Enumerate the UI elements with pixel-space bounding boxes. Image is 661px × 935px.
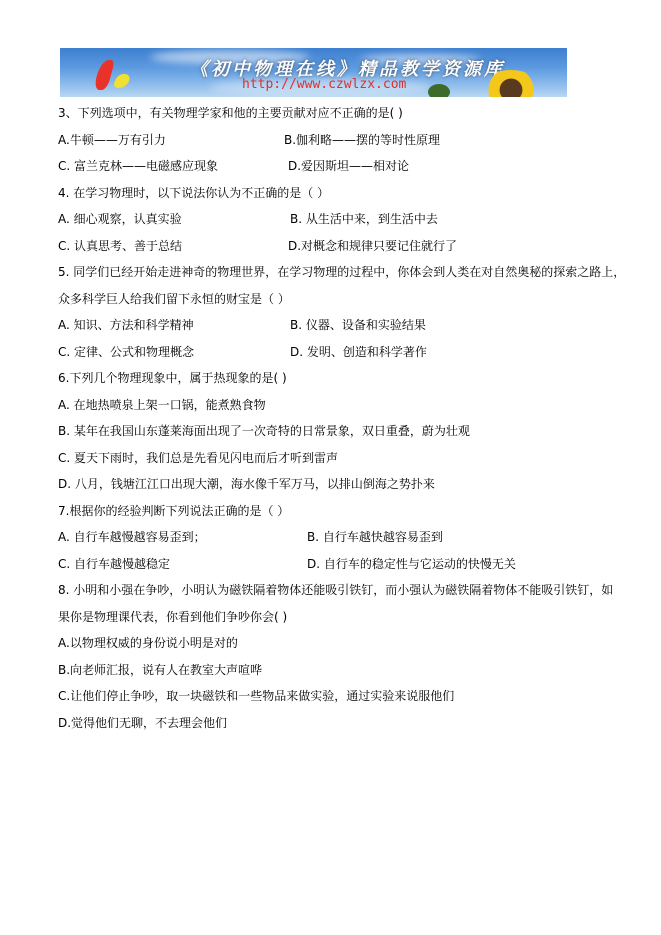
option-d: D.爱因斯坦——相对论	[288, 153, 409, 180]
option-row: C. 富兰克林——电磁感应现象 D.爱因斯坦——相对论	[58, 153, 618, 180]
option-a: A.牛顿——万有引力	[58, 127, 166, 154]
option-c: C. 富兰克林——电磁感应现象	[58, 153, 218, 180]
option-b: B. 自行车越快越容易歪到	[307, 524, 443, 551]
option-row: C. 认真思考、善于总结 D.对概念和规律只要记住就行了	[58, 233, 618, 260]
option-d: D. 自行车的稳定性与它运动的快慢无关	[307, 551, 516, 578]
question-stem: 7.根据你的经验判断下列说法正确的是（ ）	[58, 498, 618, 525]
question-stem: 4. 在学习物理时，以下说法你认为不正确的是（ ）	[58, 180, 618, 207]
logo-icon	[93, 60, 115, 90]
question-stem: 6.下列几个物理现象中，属于热现象的是( )	[58, 365, 618, 392]
option-b: B. 某年在我国山东蓬莱海面出现了一次奇特的日常景象，双日重叠，蔚为壮观	[58, 418, 618, 445]
question-stem: 8. 小明和小强在争吵，小明认为磁铁隔着物体还能吸引铁钉，而小强认为磁铁隔着物体…	[58, 577, 618, 604]
option-d: D. 八月，钱塘江江口出现大潮，海水像千军万马，以排山倒海之势扑来	[58, 471, 618, 498]
option-a: A. 细心观察，认真实验	[58, 206, 182, 233]
option-d: D.觉得他们无聊，不去理会他们	[58, 710, 618, 737]
option-b: B.伽利略——摆的等时性原理	[284, 127, 440, 154]
question-stem-cont: 果你是物理课代表，你看到他们争吵你会( )	[58, 604, 618, 631]
option-b: B.向老师汇报，说有人在教室大声喧哗	[58, 657, 618, 684]
option-row: C. 定律、公式和物理概念 D. 发明、创造和科学著作	[58, 339, 618, 366]
option-row: A. 知识、方法和科学精神 B. 仪器、设备和实验结果	[58, 312, 618, 339]
option-c: C. 自行车越慢越稳定	[58, 551, 170, 578]
option-c: C.让他们停止争吵，取一块磁铁和一些物品来做实验，通过实验来说服他们	[58, 683, 618, 710]
option-c: C. 认真思考、善于总结	[58, 233, 182, 260]
option-row: A. 自行车越慢越容易歪到； B. 自行车越快越容易歪到	[58, 524, 618, 551]
option-c: C. 夏天下雨时，我们总是先看见闪电而后才听到雷声	[58, 445, 618, 472]
option-a: A. 在地热喷泉上架一口锅，能煮熟食物	[58, 392, 618, 419]
question-stem: 5. 同学们已经开始走进神奇的物理世界，在学习物理的过程中，你体会到人类在对自然…	[58, 259, 618, 286]
logo-accent-icon	[112, 74, 133, 88]
option-d: D.对概念和规律只要记住就行了	[288, 233, 457, 260]
option-b: B. 从生活中来，到生活中去	[290, 206, 438, 233]
option-a: A. 自行车越慢越容易歪到；	[58, 524, 206, 551]
leaf-icon	[428, 84, 450, 97]
option-row: A. 细心观察，认真实验 B. 从生活中来，到生活中去	[58, 206, 618, 233]
banner-url: http://www.czwlzx.com	[242, 77, 406, 92]
question-stem: 3、下列选项中，有关物理学家和他的主要贡献对应不正确的是( )	[58, 100, 618, 127]
option-b: B. 仪器、设备和实验结果	[290, 312, 426, 339]
option-row: C. 自行车越慢越稳定 D. 自行车的稳定性与它运动的快慢无关	[58, 551, 618, 578]
banner-header: 《初中物理在线》精品教学资源库 http://www.czwlzx.com	[60, 48, 567, 97]
question-stem-cont: 众多科学巨人给我们留下永恒的财宝是（ ）	[58, 286, 618, 313]
question-list: 3、下列选项中，有关物理学家和他的主要贡献对应不正确的是( ) A.牛顿——万有…	[58, 100, 618, 736]
option-d: D. 发明、创造和科学著作	[290, 339, 427, 366]
option-row: A.牛顿——万有引力 B.伽利略——摆的等时性原理	[58, 127, 618, 154]
option-a: A.以物理权威的身份说小明是对的	[58, 630, 618, 657]
option-c: C. 定律、公式和物理概念	[58, 339, 194, 366]
option-a: A. 知识、方法和科学精神	[58, 312, 194, 339]
